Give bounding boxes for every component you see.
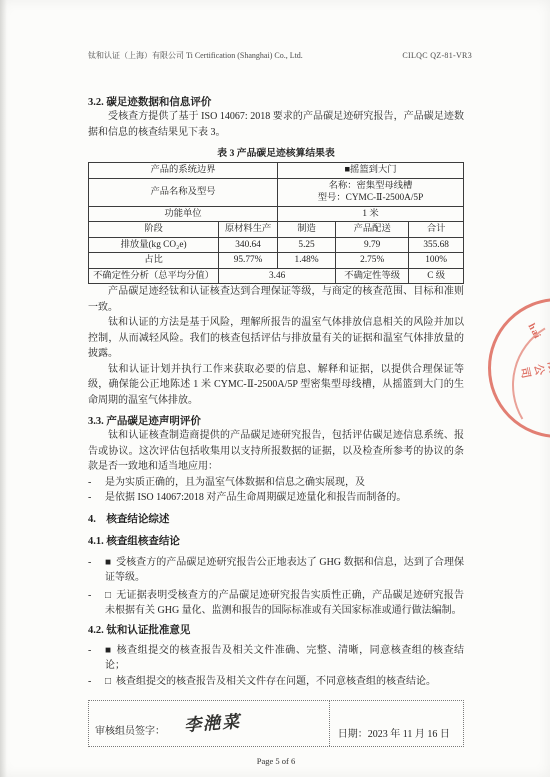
para-verification-plan: 钛和认证计划并执行工作来获取必要的信息、解释和证据，以提供合理保证等级，确保能公… [88, 362, 464, 409]
signature-box: 审核组员签字： 李滟菜 日期：2023 年 11 月 16 日 [88, 700, 464, 747]
table-3-title: 表 3 产品碳足迹核算结果表 [88, 145, 464, 159]
row-uncertainty: 不确定性分析（总平均分值） 3.46 不确定性等级 C 级 [89, 268, 464, 284]
dash-marker: - [88, 555, 105, 586]
dash-marker: - [88, 475, 105, 491]
approval-option-checked: - ■核查组提交的核查报告及相关文件准确、完整、清晰，同意核查组的核查结论； [88, 643, 464, 674]
row-emissions: 排放量(kg CO₂e) 340.64 5.25 9.79 355.68 [89, 237, 464, 253]
section-4-1-heading: 4.1. 核查组核查结论 [88, 533, 464, 548]
cell-distribution: 产品配送 [336, 222, 409, 238]
list-item-materially-correct: - 是为实质正确的，且为温室气体数据和信息之确实展现，及 [88, 475, 464, 491]
dash-marker: - [88, 588, 105, 619]
signature-date: 日期：2023 年 11 月 16 日 [338, 725, 450, 740]
para-assurance-level: 产品碳足迹经钛和认证核查达到合理保证等级，与商定的核查范围、目标和准则一致。 [88, 284, 464, 315]
cell-share-mfg: 1.48% [278, 253, 336, 269]
cell-emissions-dist: 9.79 [336, 237, 409, 253]
scanned-document-page: 钛和认证（上海）有限公司 Ti Certification (Shanghai)… [0, 0, 550, 777]
signature-cell: 审核组员签字： 李滟菜 [89, 701, 330, 746]
cell-share-label: 占比 [89, 253, 219, 269]
cell-uncertainty-grade-label: 不确定性等级 [336, 268, 409, 284]
cell-emissions-raw: 340.64 [219, 237, 278, 253]
section-3-2-heading: 3.2. 碳足迹数据和信息评价 [88, 94, 464, 109]
signature-label: 审核组员签字： [95, 722, 165, 737]
document-header: 钛和认证（上海）有限公司 Ti Certification (Shanghai)… [88, 0, 464, 61]
cell-uncertainty-score: 3.46 [219, 268, 336, 284]
section-4-2-heading: 4.2. 钛和认证批准意见 [88, 622, 464, 637]
approval-option-unchecked: - □核查组提交的核查报告及相关文件存在问题，不同意核查组的核查结论。 [88, 674, 464, 690]
option-text: ■核查组提交的核查报告及相关文件准确、完整、清晰，同意核查组的核查结论； [105, 643, 464, 674]
row-system-boundary: 产品的系统边界 ■摇篮到大门 [89, 163, 464, 179]
dash-marker: - [88, 674, 105, 690]
dash-marker: - [88, 490, 105, 506]
row-functional-unit: 功能单位 1 米 [89, 206, 464, 222]
section-3-2-intro: 受核查方提供了基于 ISO 14067: 2018 要求的产品碳足迹研究报告，产… [88, 109, 464, 140]
cell-uncertainty-grade: C 级 [409, 268, 464, 284]
option-text: ■受核查方的产品碳足迹研究报告公正地表达了 GHG 数据和信息，达到了合理保证等… [105, 555, 464, 586]
cell-raw-material: 原材料生产 [219, 222, 278, 238]
list-item-iso-basis: - 是依据 ISO 14067:2018 对产品生命周期碳足迹量化和报告而制备的… [88, 490, 464, 506]
cell-emissions-total: 355.68 [409, 237, 464, 253]
option-label: 受核查方的产品碳足迹研究报告公正地表达了 GHG 数据和信息，达到了合理保证等级… [105, 557, 464, 584]
cell-emissions-label: 排放量(kg CO₂e) [89, 237, 219, 253]
checkbox-filled-icon: ■ [105, 645, 112, 656]
dash-marker: - [88, 643, 105, 674]
row-stage-header: 阶段 原材料生产 制造 产品配送 合计 [89, 222, 464, 238]
carbon-footprint-table: 产品的系统边界 ■摇篮到大门 产品名称及型号 名称：密集型母线槽 型号：CYMC… [88, 162, 464, 284]
para-risk-method: 钛和认证的方法是基于风险，理解所报告的温室气体排放信息相关的风险并加以控制，从而… [88, 315, 464, 362]
page-content: 钛和认证（上海）有限公司 Ti Certification (Shanghai)… [88, 0, 464, 766]
cell-emissions-mfg: 5.25 [278, 237, 336, 253]
checkbox-empty-icon: □ [105, 676, 111, 687]
cell-share-total: 100% [409, 253, 464, 269]
cell-share-dist: 2.75% [336, 253, 409, 269]
cell-manufacturing: 制造 [278, 222, 336, 238]
option-text: □核查组提交的核查报告及相关文件存在问题，不同意核查组的核查结论。 [105, 674, 464, 690]
product-model: 型号：CYMC-Ⅱ-2500A/5P [280, 192, 461, 205]
option-label: 核查组提交的核查报告及相关文件准确、完整、清晰，同意核查组的核查结论； [105, 645, 464, 672]
product-name: 名称：密集型母线槽 [280, 180, 461, 193]
section-3-3-heading: 3.3. 产品碳足迹声明评价 [88, 413, 464, 428]
handwritten-signature: 李滟菜 [183, 707, 242, 736]
cell-functional-unit-label: 功能单位 [89, 206, 278, 222]
cell-stage: 阶段 [89, 222, 219, 238]
date-cell: 日期：2023 年 11 月 16 日 [330, 701, 463, 746]
list-item-text: 是依据 ISO 14067:2018 对产品生命周期碳足迹量化和报告而制备的。 [105, 490, 464, 506]
conclusion-option-unchecked: - □无证据表明受核查方的产品碳足迹研究报告实质性正确，产品碳足迹研究报告未根据… [88, 588, 464, 619]
cell-functional-unit-value: 1 米 [278, 206, 464, 222]
checkbox-empty-icon: □ [105, 590, 111, 601]
cell-share-raw: 95.77% [219, 253, 278, 269]
section-3-3-intro: 钛和认证核查制造商提供的产品碳足迹研究报告，包括评估碳足迹信息系统、报告或协议。… [88, 428, 464, 475]
option-label: 核查组提交的核查报告及相关文件存在问题，不同意核查组的核查结论。 [116, 676, 436, 687]
option-text: □无证据表明受核查方的产品碳足迹研究报告实质性正确，产品碳足迹研究报告未根据有关… [105, 588, 464, 619]
company-name: 钛和认证（上海）有限公司 Ti Certification (Shanghai)… [88, 50, 303, 61]
list-item-text: 是为实质正确的，且为温室气体数据和信息之确实展现，及 [105, 475, 464, 491]
checkbox-filled-icon: ■ [105, 557, 111, 568]
cell-system-boundary-label: 产品的系统边界 [89, 163, 278, 179]
page-number: Page 5 of 6 [88, 756, 464, 766]
section-4-heading: 4. 核查结论综述 [88, 511, 464, 526]
conclusion-option-checked: - ■受核查方的产品碳足迹研究报告公正地表达了 GHG 数据和信息，达到了合理保… [88, 555, 464, 586]
cell-system-boundary-value: ■摇篮到大门 [278, 163, 464, 179]
cell-uncertainty-label: 不确定性分析（总平均分值） [89, 268, 219, 284]
cell-product-label: 产品名称及型号 [89, 178, 278, 206]
cell-total: 合计 [409, 222, 464, 238]
document-code: CILQC QZ-81-VR3 [402, 51, 472, 60]
row-product-name-model: 产品名称及型号 名称：密集型母线槽 型号：CYMC-Ⅱ-2500A/5P [89, 178, 464, 206]
cell-product-value: 名称：密集型母线槽 型号：CYMC-Ⅱ-2500A/5P [278, 178, 464, 206]
option-label: 无证据表明受核查方的产品碳足迹研究报告实质性正确，产品碳足迹研究报告未根据有关 … [105, 590, 464, 617]
row-share: 占比 95.77% 1.48% 2.75% 100% [89, 253, 464, 269]
